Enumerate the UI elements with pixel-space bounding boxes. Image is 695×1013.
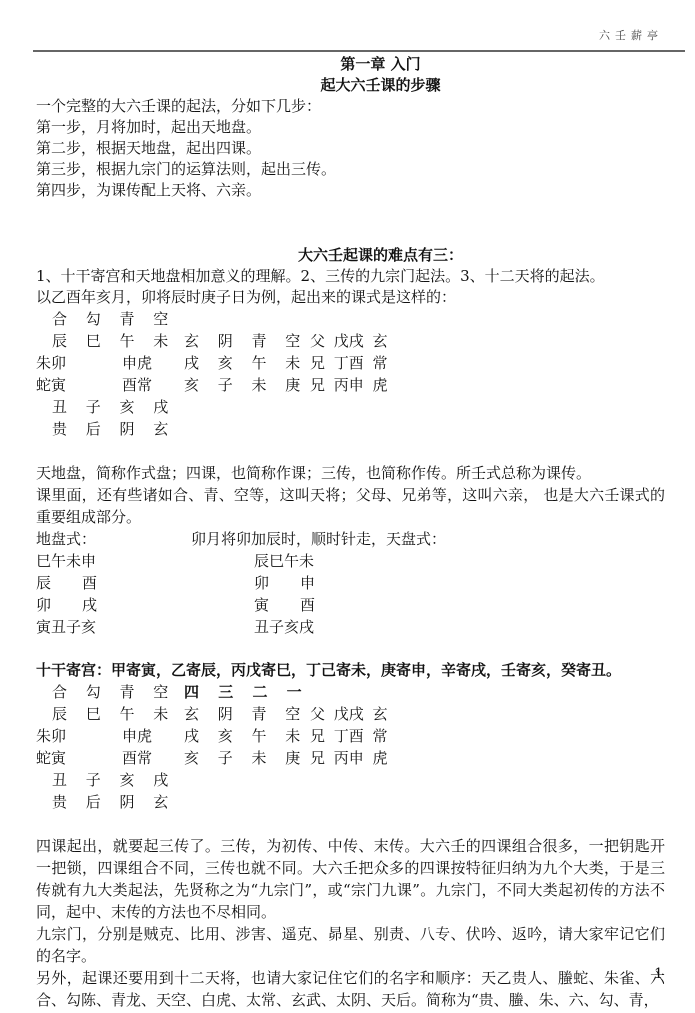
document-page: 第一章 入门 起大六壬课的步骤 一个完整的大六壬课的起法，分如下几步： 第一步，… <box>36 54 665 1011</box>
explain-paragraph-1: 天地盘，简称作式盘；四课，也简称作课；三传，也简称作传。所壬式总称为课传。 <box>36 462 665 484</box>
step-2: 第二步，根据天地盘，起出四课。 <box>36 138 665 159</box>
chart2-trans-initial: 父 戊戌 玄 <box>310 703 388 725</box>
lesson-chart-2: 合 勾 青 空 四 三 二 一 辰 巳 午 未 朱卯 申虎 蛇寅 酉常 丑 子 … <box>36 681 665 813</box>
chart2-left-1: 朱卯 <box>36 725 66 747</box>
heaven-plate-label: 卯月将卯加辰时，顺时针走，天盘式： <box>191 528 446 550</box>
chart1-four-lessons-row-2: 戌 亥 午 未 <box>184 352 307 374</box>
chart1-bottom-branches: 丑 子 亥 戌 <box>52 396 175 418</box>
chapter-title: 第一章 入门 <box>96 54 665 75</box>
chart1-top-branches: 辰 巳 午 未 <box>52 330 175 352</box>
earth-row-3-left: 卯 <box>36 594 51 616</box>
example-intro: 以乙酉年亥月，卯将辰时庚子日为例，起出来的课式是这样的： <box>36 287 665 308</box>
chart2-four-lessons-row-3: 亥 子 未 庚 <box>184 747 307 769</box>
chart1-top-generals: 合 勾 青 空 <box>52 308 175 330</box>
chart1-left-2: 蛇寅 <box>36 374 66 396</box>
chart1-four-lessons-row-1: 玄 阴 青 空 <box>184 330 307 352</box>
header-divider <box>33 50 685 52</box>
ten-stems-lodging: 十干寄宫：甲寄寅，乙寄辰，丙戊寄巳，丁己寄未，庚寄申，辛寄戌，壬寄亥，癸寄丑。 <box>36 660 665 681</box>
chart2-trans-final: 兄 丙申 虎 <box>310 747 388 769</box>
chart2-right-1: 申虎 <box>122 725 152 747</box>
intro-text: 一个完整的大六壬课的起法，分如下几步： <box>36 96 665 117</box>
section-title: 起大六壬课的步骤 <box>96 75 665 96</box>
heaven-row-2-left: 卯 <box>254 572 269 594</box>
chart1-trans-middle: 兄 丁酉 常 <box>310 352 388 374</box>
earth-row-1: 巳午未申 <box>36 550 96 572</box>
chart1-right-1: 申虎 <box>122 352 152 374</box>
step-4: 第四步，为课传配上天将、六亲。 <box>36 180 665 201</box>
heaven-row-2-right: 申 <box>300 572 315 594</box>
chart1-bottom-generals: 贵 后 阴 玄 <box>52 418 175 440</box>
difficulty-text: 1、十干寄宫和天地盘相加意义的理解。2、三传的九宗门起法。3、十二天将的起法。 <box>36 266 665 287</box>
chart1-four-lessons-row-3: 亥 子 未 庚 <box>184 374 307 396</box>
step-1: 第一步，月将加时，起出天地盘。 <box>36 117 665 138</box>
earth-row-2-right: 酉 <box>82 572 97 594</box>
chart2-top-branches: 辰 巳 午 未 <box>52 703 175 725</box>
earth-row-4: 寅丑子亥 <box>36 616 96 638</box>
chart2-right-2: 酉常 <box>122 747 152 769</box>
lesson-chart-1: 合 勾 青 空 辰 巳 午 未 朱卯 申虎 蛇寅 酉常 丑 子 亥 戌 贵 后 … <box>36 308 665 440</box>
chart2-bottom-branches: 丑 子 亥 戌 <box>52 769 175 791</box>
heaven-row-4: 丑子亥戌 <box>254 616 314 638</box>
chart2-top-generals: 合 勾 青 空 <box>52 681 175 703</box>
earth-row-3-right: 戌 <box>82 594 97 616</box>
chart2-four-lessons-row-2: 戌 亥 午 未 <box>184 725 307 747</box>
earth-plate-label: 地盘式： <box>36 528 96 550</box>
explain-paragraph-2: 课里面，还有些诸如合、青、空等，这叫天将；父母、兄弟等，这叫六亲， 也是大六壬课… <box>36 484 665 528</box>
heaven-row-1: 辰巳午未 <box>254 550 314 572</box>
difficulty-title: 大六壬起课的难点有三： <box>96 245 665 266</box>
chart1-right-2: 酉常 <box>122 374 152 396</box>
chart1-trans-initial: 父 戊戌 玄 <box>310 330 388 352</box>
twelve-generals-paragraph: 另外，起课还要用到十二天将，也请大家记住它们的名字和顺序：天乙贵人、螣蛇、朱雀、… <box>36 967 665 1011</box>
nine-gates-paragraph: 九宗门，分别是贼克、比用、涉害、遥克、昴星、别责、八专、伏吟、返吟，请大家牢记它… <box>36 923 665 967</box>
chart1-trans-final: 兄 丙申 虎 <box>310 374 388 396</box>
chart2-four-lessons-row-1: 玄 阴 青 空 <box>184 703 307 725</box>
chart2-bottom-generals: 贵 后 阴 玄 <box>52 791 175 813</box>
plates-section: 地盘式： 卯月将卯加辰时，顺时针走，天盘式： 巳午未申 辰 酉 卯 戌 寅丑子亥… <box>36 528 665 638</box>
page-number: 1 <box>654 966 663 982</box>
earth-row-2-left: 辰 <box>36 572 51 594</box>
header-logo: 六壬薪亭 <box>599 27 663 43</box>
step-3: 第三步，根据九宗门的运算法则，起出三传。 <box>36 159 665 180</box>
chart2-lesson-numbers: 四 三 二 一 <box>184 681 309 703</box>
chart1-left-1: 朱卯 <box>36 352 66 374</box>
chart2-trans-middle: 兄 丁酉 常 <box>310 725 388 747</box>
heaven-row-3-right: 酉 <box>300 594 315 616</box>
heaven-row-3-left: 寅 <box>254 594 269 616</box>
three-trans-paragraph: 四课起出，就要起三传了。三传，为初传、中传、末传。大六壬的四课组合很多，一把钥匙… <box>36 835 665 923</box>
chart2-left-2: 蛇寅 <box>36 747 66 769</box>
